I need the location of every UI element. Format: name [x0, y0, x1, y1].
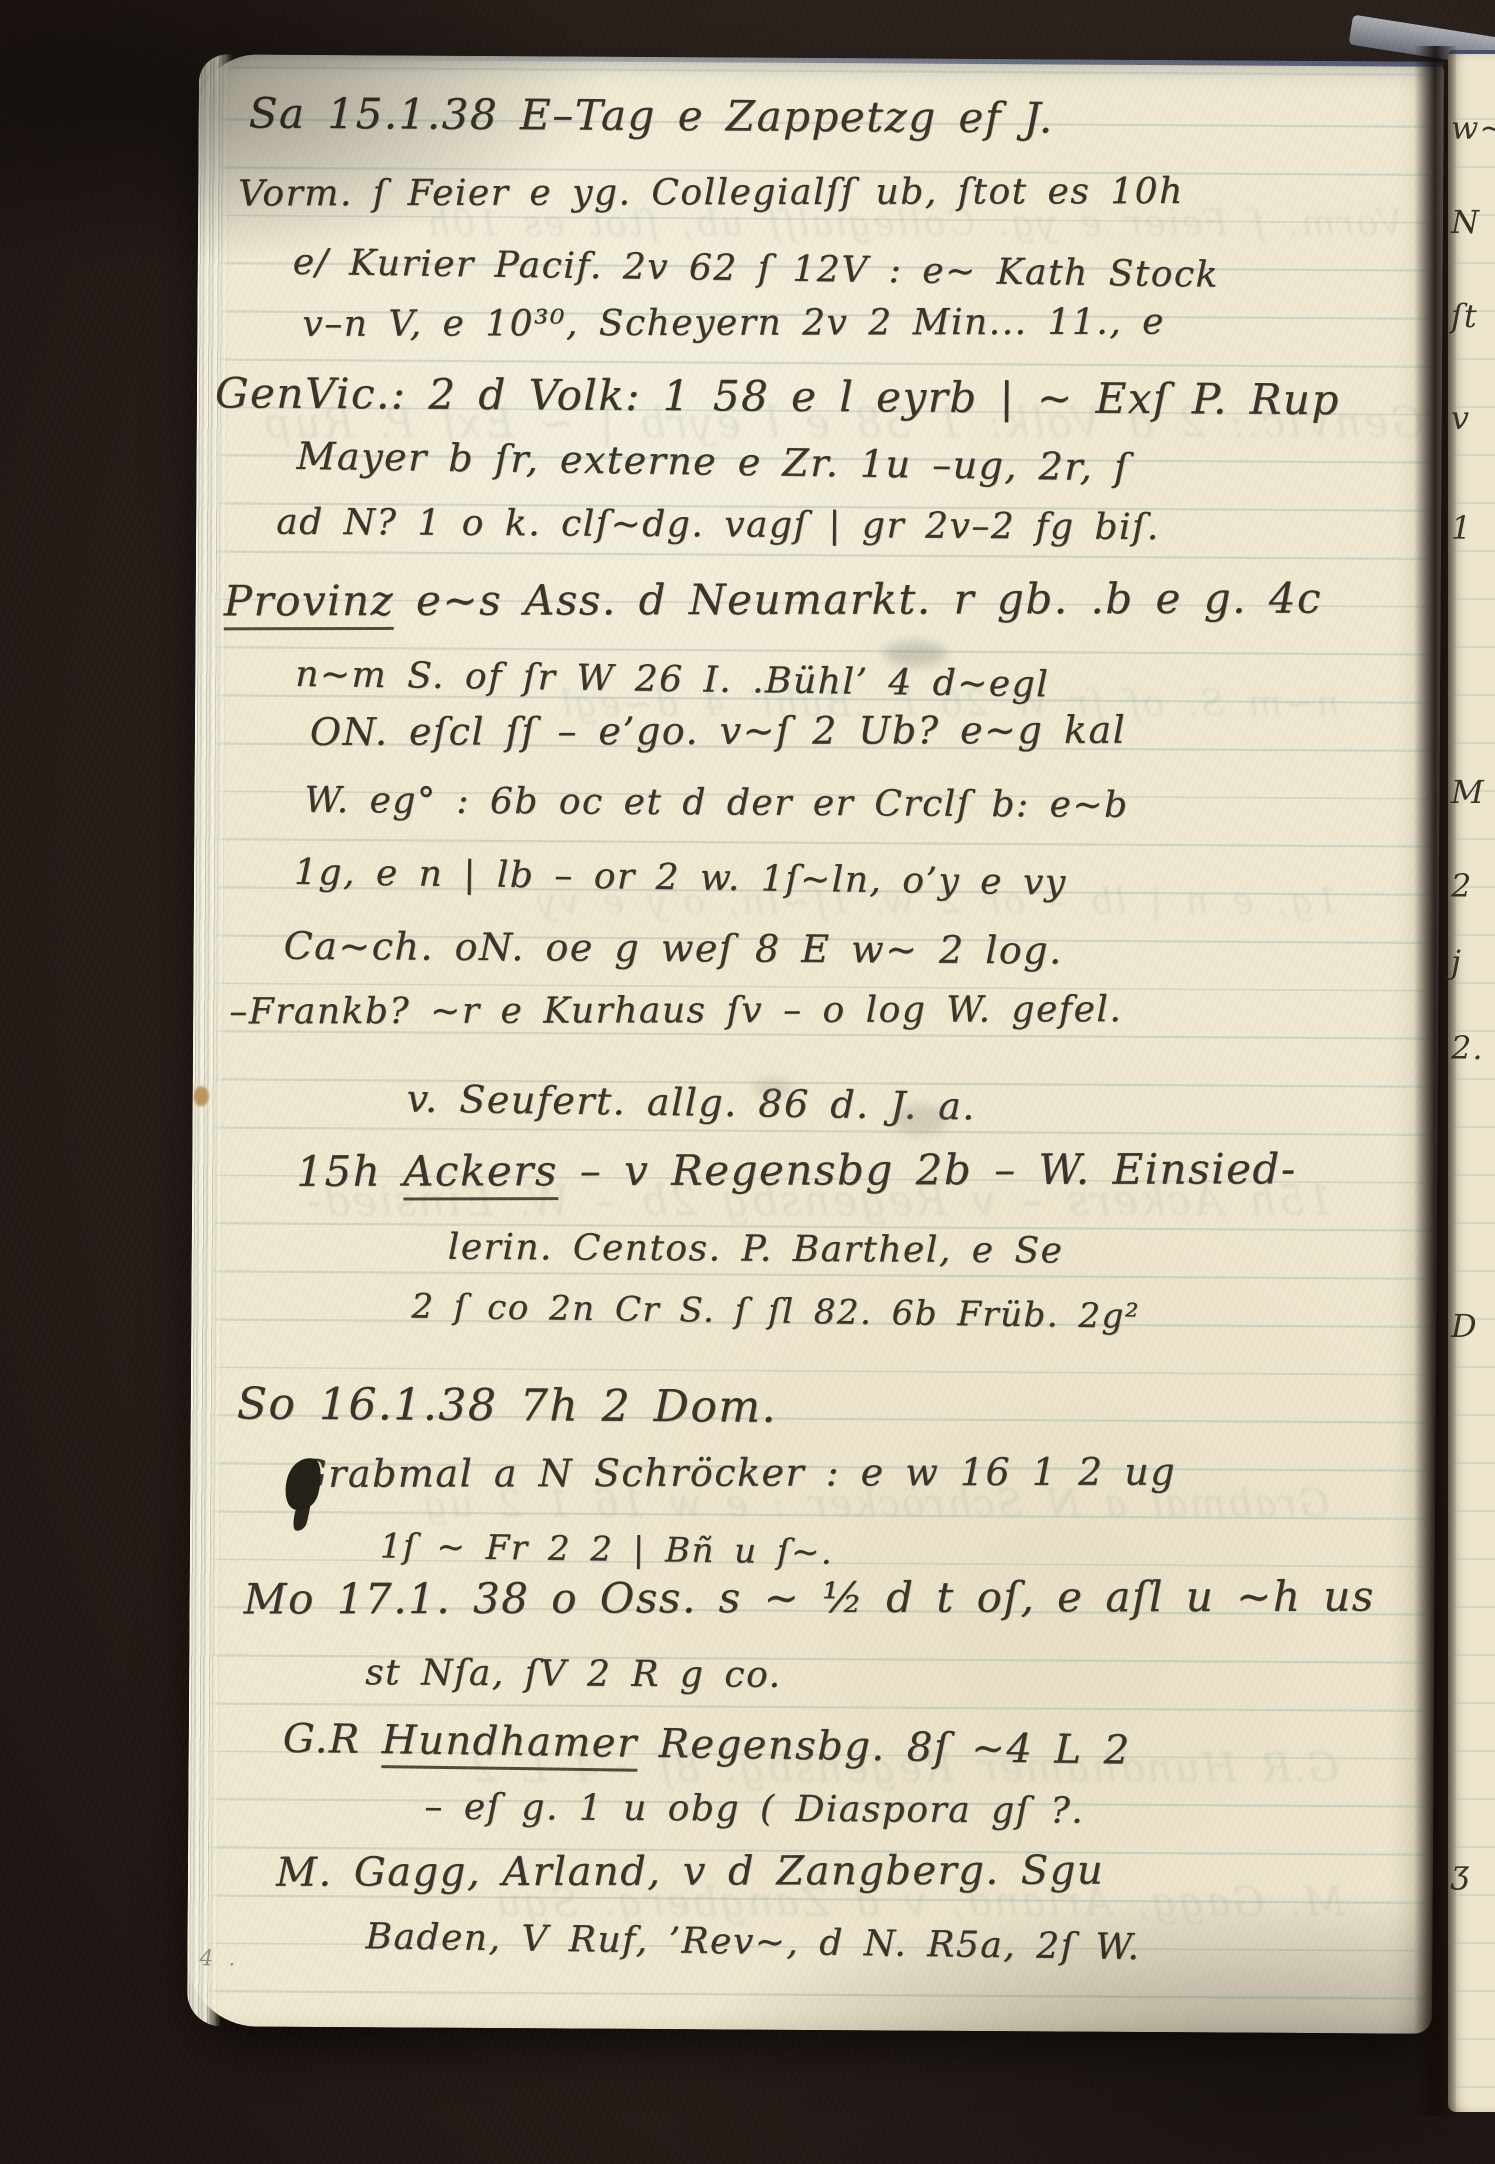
handwriting-layer: Sa 15.1.38 E–Tag e Zappetzg ef J.Vorm. ſ…	[187, 54, 1444, 2034]
handwriting-line: So 16.1.38 7h 2 Dom.	[237, 1382, 778, 1429]
handwriting-line: Vorm. ſ Feier e yg. Collegialſſ ub, ſtot…	[238, 174, 1184, 212]
handwriting-line: GenVic.: 2 d Volk: 1 58 e l eyrb | ~ Exſ…	[215, 372, 1340, 421]
handwriting-line: Sa 15.1.38 E–Tag e Zappetzg ef J.	[249, 93, 1054, 140]
ink-smudge	[892, 1104, 948, 1134]
handwriting-line: Baden, V Ruf, ’Rev~, d N. R5a, 2ſ W.	[365, 1919, 1140, 1966]
handwriting-line: ad N? 1 o k. clſ~dg. vagſ | gr 2v–2 fg b…	[276, 505, 1160, 546]
handwriting-line: Ca~ch. oN. oe g weſ 8 E w~ 2 log.	[283, 927, 1062, 970]
handwriting-line: 1g, e n | lb – or 2 w. 1ſ~ln, o’y e vy	[294, 855, 1067, 902]
handwriting-line: Mo 17.1. 38 o Oss. s ~ ½ d t oſ, e aſl u…	[244, 1576, 1375, 1621]
handwriting-line: n~m S. of ſr W 26 I. .Bühl’ 4 d~egl	[295, 657, 1049, 704]
gutter-shadow	[1414, 46, 1456, 2116]
handwriting-line: 1ſ ~ Fr 2 2 | Bñ u ſ~.	[380, 1529, 834, 1569]
pencil-mark: 4 .	[199, 1946, 239, 1971]
handwriting-line: W. eg° : 6b oc et d der er Crclſ b: e~b	[304, 783, 1128, 824]
facing-page-fragment: w~	[1451, 112, 1495, 144]
handwriting-line: v–n V, e 10³⁰, Scheyern 2v 2 Min... 11.,…	[302, 305, 1165, 343]
underlined-word: Provinz	[224, 576, 395, 630]
handwriting-line: Mayer b ſr, externe e Zr. 1u –ug, 2r, ſ	[296, 437, 1129, 487]
ink-smudge	[753, 1078, 793, 1098]
handwriting-line: v. Seufert. allg. 86 d. J. a.	[406, 1080, 976, 1126]
ink-smudge	[883, 640, 947, 666]
notebook-page: Vorm. ſ Feier e yg. Collegialſſ ub, ſtot…	[187, 54, 1444, 2034]
photo-background: Vorm. ſ Feier e yg. Collegialſſ ub, ſtot…	[0, 0, 1495, 2164]
handwriting-line: G.R Hundhamer Regensbg. 8ſ ~4 L 2	[282, 1719, 1130, 1771]
handwriting-line: Grabmal a N Schröcker : e w 16 1 2 ug	[296, 1453, 1176, 1493]
handwriting-line: 15h Ackers – v Regensbg 2b – W. Einsied-	[296, 1148, 1296, 1193]
handwriting-line: lerin. Centos. P. Barthel, e Se	[448, 1230, 1064, 1270]
handwriting-line: Provinz e~s Ass. d Neumarkt. r gb. .b e …	[224, 578, 1322, 623]
handwriting-line: ON. eſcl ſſ – e’go. v~ſ 2 Ub? e~g kal	[310, 711, 1126, 751]
handwriting-line: 2 ſ co 2n Cr S. ſ ſl 82. 6b Früb. 2g²	[411, 1290, 1140, 1334]
facing-page-fragment: M	[1451, 776, 1485, 808]
handwriting-line: st Nſa, ſV 2 R g co.	[365, 1655, 782, 1694]
handwriting-line: M. Gagg, Arland, v d Zangberg. Sgu	[276, 1851, 1104, 1893]
handwriting-line: –Frankb? ~r e Kurhaus ſv – o log W. gefe…	[229, 992, 1122, 1030]
handwriting-line: e/ Kurier Pacif. 2v 62 ſ 12V : e~ Kath S…	[293, 245, 1220, 294]
underlined-word: Hundhamer	[381, 1717, 638, 1772]
handwriting-line: – eſ g. 1 u obg ( Diaspora gſ ?.	[424, 1790, 1084, 1830]
underlined-word: Ackers	[403, 1146, 558, 1200]
fox-stain	[194, 1086, 209, 1106]
